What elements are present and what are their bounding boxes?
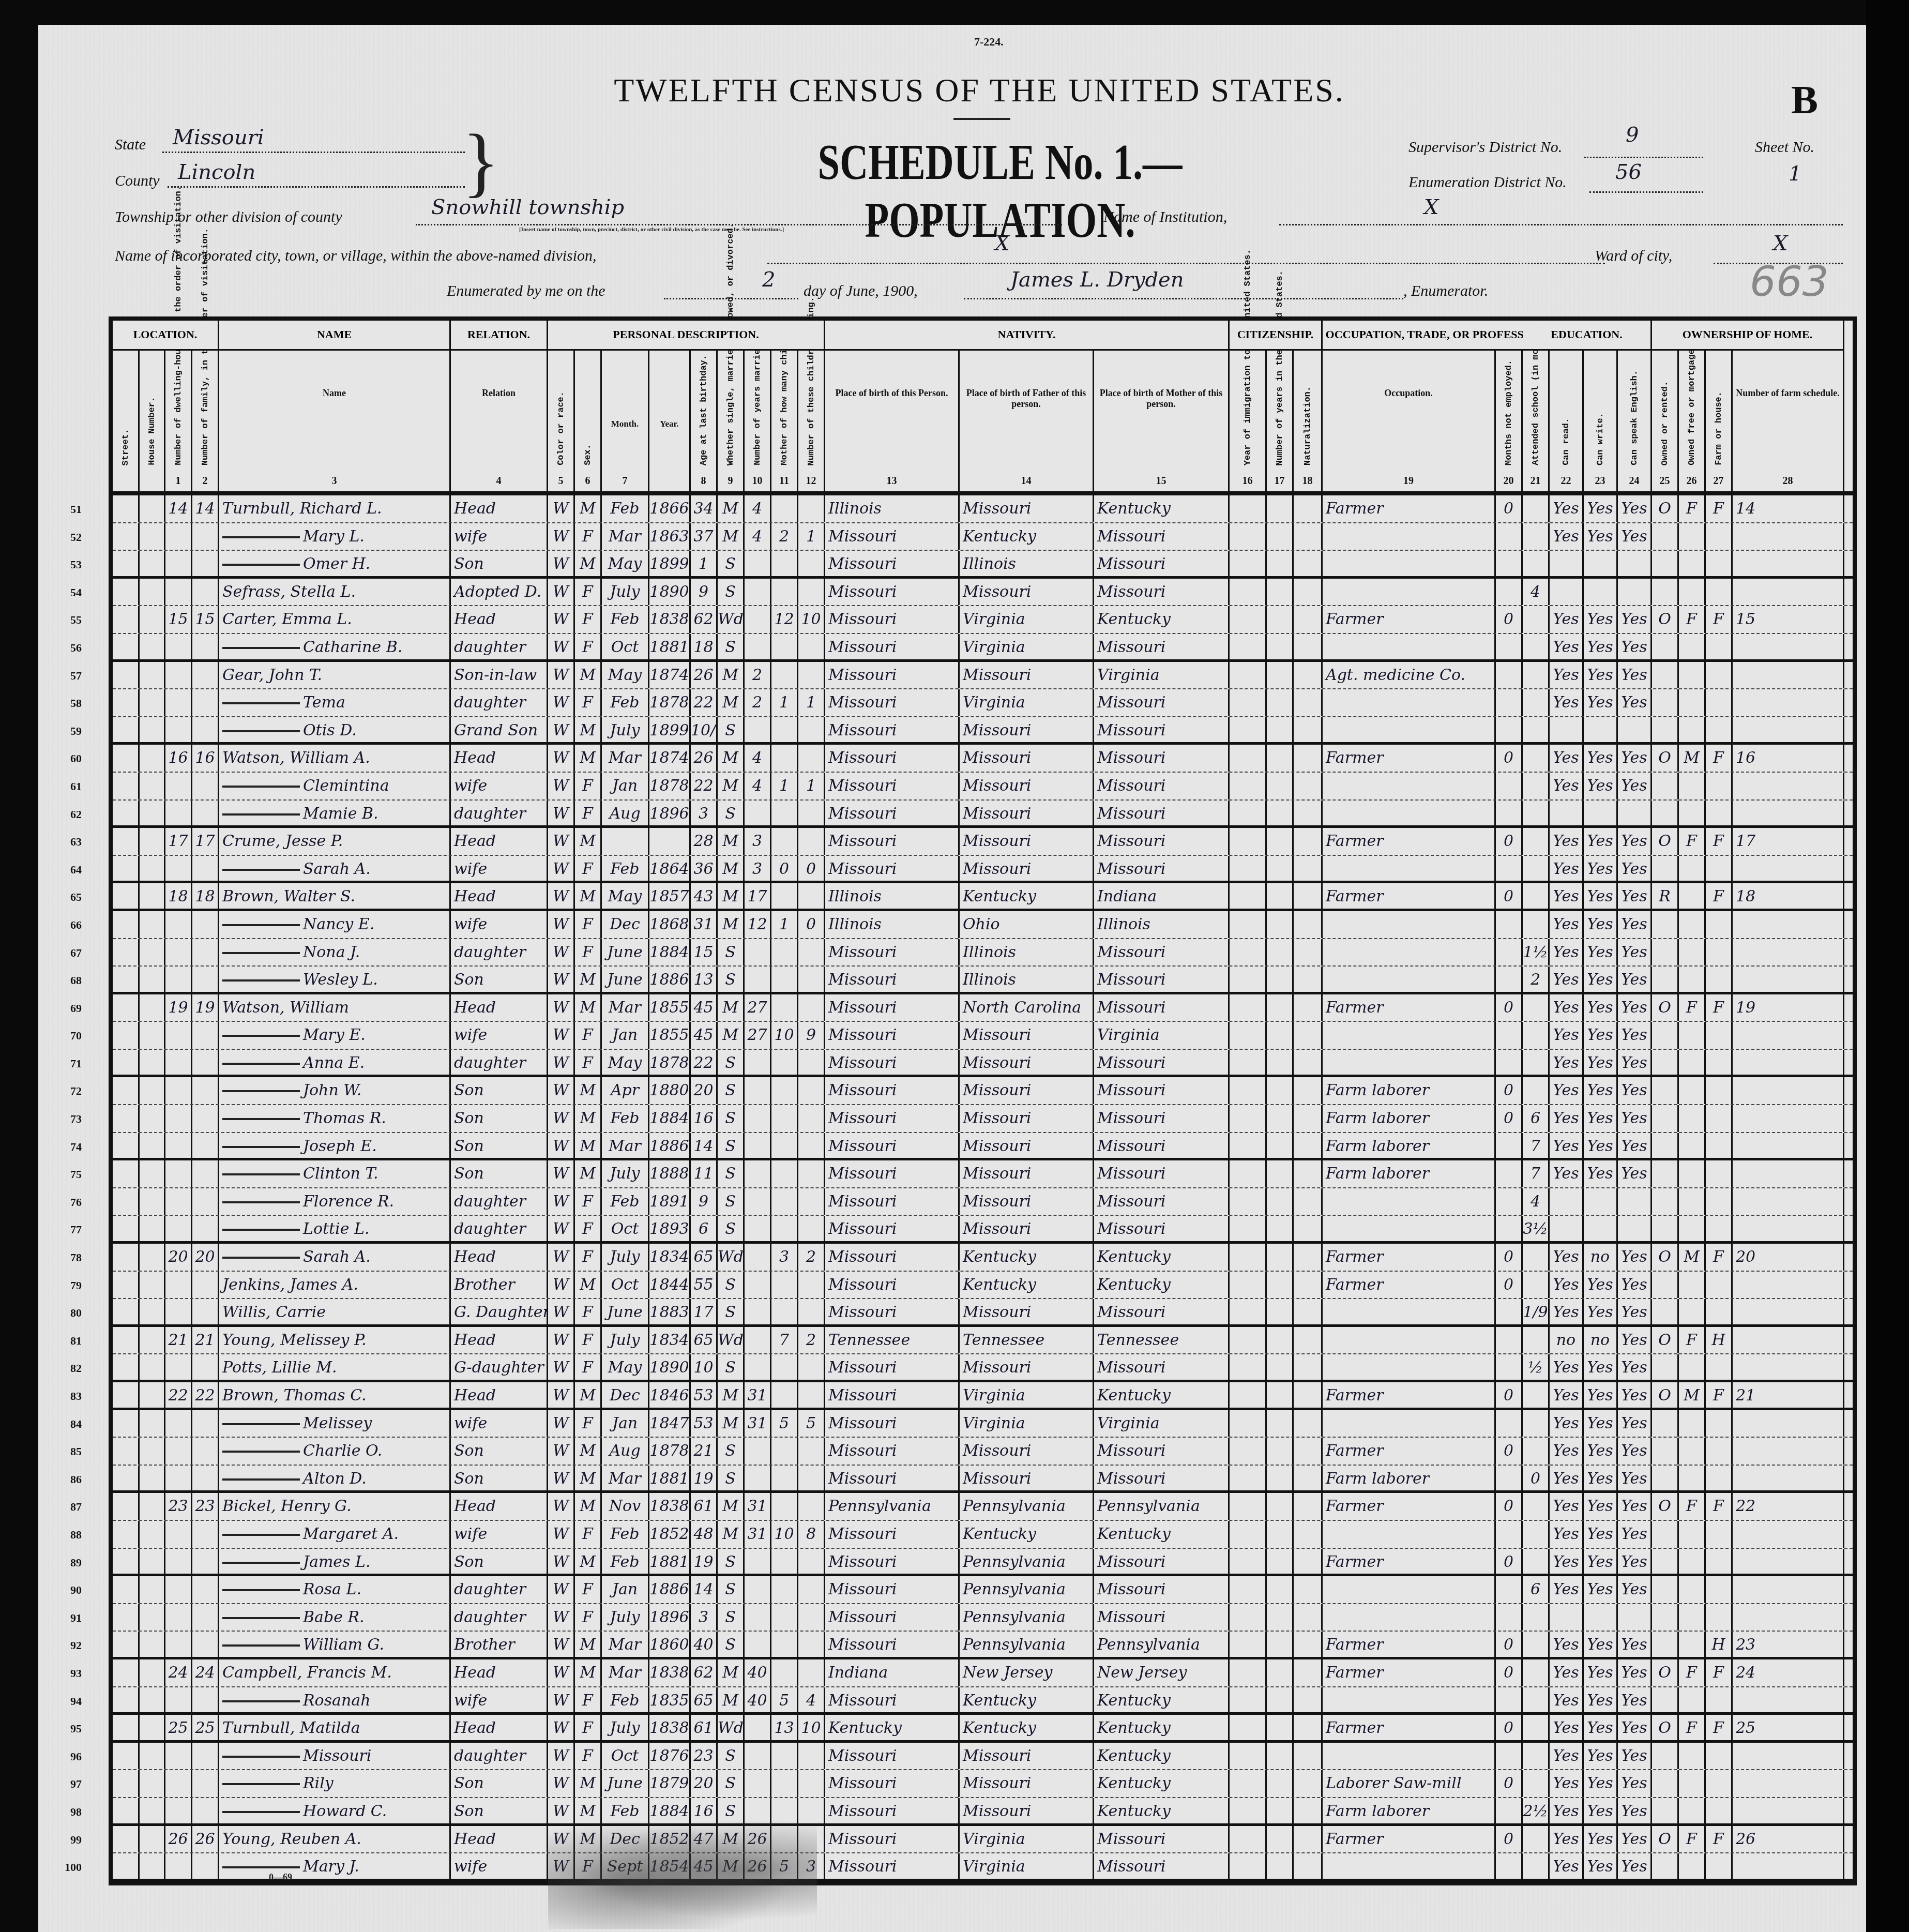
cell-sched: 24 xyxy=(1733,1659,1844,1686)
line-number: 74 xyxy=(51,1140,82,1154)
cell-imm xyxy=(1230,1798,1267,1823)
cell-liv: 4 xyxy=(798,1687,825,1713)
cell-nat xyxy=(1294,745,1323,772)
cell-color: W xyxy=(548,1050,575,1075)
cell-imm xyxy=(1230,1133,1267,1158)
cell-unemp: 0 xyxy=(1496,1382,1523,1408)
cell-eng xyxy=(1618,579,1652,606)
surname: Potts, xyxy=(222,1359,272,1377)
cell-occ xyxy=(1323,1521,1496,1548)
cell-street xyxy=(113,883,140,909)
cell-yrs: 2 xyxy=(745,662,771,689)
cell-month: July xyxy=(602,579,649,606)
cell-mpob: Missouri xyxy=(1094,1188,1230,1215)
cell-sched: 19 xyxy=(1733,994,1844,1021)
cell-month: June xyxy=(602,939,649,966)
cell-farm xyxy=(1706,967,1733,992)
cell-yrs: 2 xyxy=(745,689,771,716)
cell-fpob: Pennsylvania xyxy=(960,1632,1094,1657)
cell-mom: 10 xyxy=(771,1022,798,1049)
table-header: Street.House Number.Number of dwelling-h… xyxy=(113,321,1853,495)
table-row: 82Potts, Lillie M.G-daughterWFMay189010S… xyxy=(113,1354,1853,1382)
name-cell: Melissey xyxy=(219,1410,451,1437)
cell-street xyxy=(113,1604,140,1631)
column-label: Number of years married. xyxy=(752,339,762,465)
cell-eng xyxy=(1618,1604,1652,1631)
cell-liv xyxy=(798,939,825,966)
cell-sex: F xyxy=(575,1410,602,1437)
cell-occ xyxy=(1323,551,1496,576)
cell-nat xyxy=(1294,1549,1323,1574)
cell-nat xyxy=(1294,1438,1323,1465)
cell-read: Yes xyxy=(1550,745,1584,772)
cell-nat xyxy=(1294,606,1323,633)
cell-sex: F xyxy=(575,634,602,659)
cell-free xyxy=(1679,1133,1706,1158)
ditto-dash xyxy=(222,1866,300,1868)
given-name: John W. xyxy=(303,1081,361,1099)
cell-mom xyxy=(771,745,798,772)
cell-imm xyxy=(1230,1576,1267,1603)
table-row: 832222Brown, Thomas C.HeadWMDec184653M31… xyxy=(113,1382,1853,1410)
cell-imm xyxy=(1230,1687,1267,1713)
enumerated-label: Enumerated by me on the xyxy=(447,282,605,300)
cell-month: Dec xyxy=(602,1382,649,1408)
ditto-dash xyxy=(222,1229,300,1231)
ditto-dash xyxy=(222,1644,300,1647)
cell-sched xyxy=(1733,662,1844,689)
cell-fam xyxy=(192,1687,219,1713)
table-row: 992626Young, Reuben A.HeadWMDec185247M26… xyxy=(113,1826,1853,1854)
cell-occ xyxy=(1323,579,1496,606)
cell-sch xyxy=(1523,1022,1550,1049)
cell-year: 1857 xyxy=(649,883,691,909)
cell-house xyxy=(140,1410,165,1437)
cell-ms: M xyxy=(718,828,745,855)
cell-pob: Pennsylvania xyxy=(825,1493,960,1520)
cell-nat xyxy=(1294,551,1323,576)
cell-eng: Yes xyxy=(1618,1382,1652,1408)
line-number: 98 xyxy=(51,1805,82,1819)
cell-write: Yes xyxy=(1584,994,1618,1021)
cell-pob: Missouri xyxy=(825,606,960,633)
cell-pob: Illinois xyxy=(825,883,960,909)
cell-age: 22 xyxy=(691,689,718,716)
name-cell: Charlie O. xyxy=(219,1438,451,1465)
cell-pob: Missouri xyxy=(825,717,960,743)
cell-sched xyxy=(1733,634,1844,659)
cell-yrs xyxy=(745,801,771,826)
cell-age: 43 xyxy=(691,883,718,909)
cell-fam: 21 xyxy=(192,1327,219,1354)
cell-free xyxy=(1679,801,1706,826)
enumeration-label: Enumeration District No. xyxy=(1408,174,1567,191)
cell-fpob: Missouri xyxy=(960,1188,1094,1215)
cell-write: Yes xyxy=(1584,689,1618,716)
cell-yus xyxy=(1267,634,1294,659)
cell-unemp: 0 xyxy=(1496,1826,1523,1853)
line-number: 86 xyxy=(51,1473,82,1486)
table-row: 691919Watson, WilliamHeadWMMar185545M27M… xyxy=(113,994,1853,1022)
cell-imm xyxy=(1230,1022,1267,1049)
line-number: 96 xyxy=(51,1750,82,1763)
cell-eng: Yes xyxy=(1618,1715,1652,1740)
cell-color: W xyxy=(548,1105,575,1132)
cell-fpob: Illinois xyxy=(960,551,1094,576)
cell-imm xyxy=(1230,828,1267,855)
cell-liv xyxy=(798,579,825,606)
cell-read xyxy=(1550,579,1584,606)
table-row: 73Thomas R.SonWMFeb188416SMissouriMissou… xyxy=(113,1105,1853,1133)
given-name: Joseph E. xyxy=(303,1137,377,1155)
table-row: 94RosanahwifeWFFeb183565M4054MissouriKen… xyxy=(113,1687,1853,1715)
cell-mpob: Missouri xyxy=(1094,551,1230,576)
cell-read: Yes xyxy=(1550,523,1584,550)
cell-sch xyxy=(1523,662,1550,689)
cell-free xyxy=(1679,634,1706,659)
cell-farm xyxy=(1706,1798,1733,1823)
cell-unemp xyxy=(1496,1410,1523,1437)
cell-read: Yes xyxy=(1550,1549,1584,1574)
given-name: William G. xyxy=(303,1636,384,1654)
cell-rel: Head xyxy=(451,1715,548,1740)
cell-yus xyxy=(1267,689,1294,716)
cell-own xyxy=(1652,634,1679,659)
cell-house xyxy=(140,1770,165,1797)
cell-pob: Missouri xyxy=(825,1077,960,1104)
given-name: Mamie B. xyxy=(303,805,378,823)
given-name: Matilda xyxy=(300,1719,360,1737)
cell-dw xyxy=(165,1160,192,1187)
cell-eng: Yes xyxy=(1618,883,1652,909)
cell-pob: Missouri xyxy=(825,1105,960,1132)
cell-yus xyxy=(1267,1438,1294,1465)
cell-yrs: 27 xyxy=(745,1022,771,1049)
cell-occ: Farmer xyxy=(1323,1382,1496,1408)
given-name: Mary E. xyxy=(303,1026,366,1044)
cell-unemp xyxy=(1496,1604,1523,1631)
cell-occ: Farmer xyxy=(1323,1632,1496,1657)
cell-mom xyxy=(771,1382,798,1408)
cell-mom xyxy=(771,1576,798,1603)
cell-fam xyxy=(192,1576,219,1603)
cell-yus xyxy=(1267,1493,1294,1520)
cell-own xyxy=(1652,1576,1679,1603)
surname: Bickel, xyxy=(222,1497,281,1515)
cell-own xyxy=(1652,579,1679,606)
cell-rel: Son xyxy=(451,1077,548,1104)
surname: Brown, xyxy=(222,887,284,905)
cell-sch: 1½ xyxy=(1523,939,1550,966)
cell-pob: Missouri xyxy=(825,1521,960,1548)
cell-imm xyxy=(1230,1715,1267,1740)
cell-street xyxy=(113,1133,140,1158)
cell-sex: F xyxy=(575,1576,602,1603)
cell-yrs xyxy=(745,1272,771,1299)
cell-read: Yes xyxy=(1550,1133,1584,1158)
cell-street xyxy=(113,1160,140,1187)
cell-free xyxy=(1679,1188,1706,1215)
cell-ms: M xyxy=(718,662,745,689)
cell-read: Yes xyxy=(1550,689,1584,716)
column-number: 3 xyxy=(219,475,449,487)
cell-free: M xyxy=(1679,1382,1706,1408)
cell-read: Yes xyxy=(1550,1438,1584,1465)
cell-own xyxy=(1652,1077,1679,1104)
cell-street xyxy=(113,662,140,689)
cell-street xyxy=(113,689,140,716)
cell-dw xyxy=(165,1853,192,1879)
cell-age: 1 xyxy=(691,551,718,576)
cell-mom xyxy=(771,801,798,826)
cell-year: 1890 xyxy=(649,579,691,606)
table-row: 631717Crume, Jesse P.HeadWM28M3MissouriM… xyxy=(113,828,1853,856)
name-cell: James L. xyxy=(219,1549,451,1574)
group-header-citizenship: CITIZENSHIP. xyxy=(1230,321,1323,351)
cell-sex: F xyxy=(575,1188,602,1215)
cell-mom xyxy=(771,1549,798,1574)
table-row: 66Nancy E.wifeWFDec186831M1210IllinoisOh… xyxy=(113,911,1853,939)
cell-occ: Farmer xyxy=(1323,495,1496,522)
enumerated-day: 2 xyxy=(762,268,775,292)
cell-occ xyxy=(1323,967,1496,992)
cell-write: Yes xyxy=(1584,1576,1618,1603)
cell-yus xyxy=(1267,1244,1294,1271)
column-number: 19 xyxy=(1323,475,1494,487)
line-number: 83 xyxy=(51,1390,82,1403)
cell-age: 61 xyxy=(691,1715,718,1740)
cell-rel: Son xyxy=(451,1770,548,1797)
cell-unemp xyxy=(1496,1466,1523,1491)
cell-own xyxy=(1652,1160,1679,1187)
column-label: Relation xyxy=(454,388,543,399)
cell-fpob: Missouri xyxy=(960,801,1094,826)
cell-own: O xyxy=(1652,828,1679,855)
cell-age: 22 xyxy=(691,773,718,799)
line-number: 55 xyxy=(51,613,82,627)
ditto-dash xyxy=(222,1534,300,1536)
cell-sex: M xyxy=(575,662,602,689)
table-row: 782020Sarah A.HeadWFJuly183465Wd32Missou… xyxy=(113,1244,1853,1272)
column-number: 22 xyxy=(1550,475,1582,487)
cell-fam xyxy=(192,967,219,992)
cell-month: Dec xyxy=(602,911,649,938)
cell-sched xyxy=(1733,967,1844,992)
cell-free: F xyxy=(1679,1715,1706,1740)
cell-own xyxy=(1652,1410,1679,1437)
name-cell: Mary E. xyxy=(219,1022,451,1049)
cell-mpob: Missouri xyxy=(1094,1826,1230,1853)
cell-ms: S xyxy=(718,967,745,992)
cell-mom xyxy=(771,1493,798,1520)
cell-imm xyxy=(1230,1354,1267,1380)
cell-sched xyxy=(1733,1687,1844,1713)
cell-ms: Wd xyxy=(718,1327,745,1354)
cell-write: Yes xyxy=(1584,1770,1618,1797)
cell-imm xyxy=(1230,1077,1267,1104)
cell-color: W xyxy=(548,1410,575,1437)
scan-edge xyxy=(1866,0,1909,1932)
name-cell: Brown, Walter S. xyxy=(219,883,451,909)
cell-fam: 25 xyxy=(192,1715,219,1740)
cell-free xyxy=(1679,1216,1706,1241)
cell-house xyxy=(140,1715,165,1740)
cell-ms: S xyxy=(718,1549,745,1574)
name-cell: Tema xyxy=(219,689,451,716)
cell-yus xyxy=(1267,1354,1294,1380)
cell-unemp xyxy=(1496,1050,1523,1075)
surname: Young, xyxy=(222,1830,280,1848)
cell-own xyxy=(1652,1853,1679,1879)
name-cell: Florence R. xyxy=(219,1188,451,1215)
cell-color: W xyxy=(548,606,575,633)
cell-fpob: Missouri xyxy=(960,856,1094,881)
cell-year: 1852 xyxy=(649,1521,691,1548)
cell-read: Yes xyxy=(1550,1632,1584,1657)
cell-imm xyxy=(1230,1604,1267,1631)
cell-sched xyxy=(1733,1743,1844,1770)
cell-color: W xyxy=(548,634,575,659)
cell-farm: F xyxy=(1706,1826,1733,1853)
cell-unemp xyxy=(1496,1521,1523,1548)
cell-year: 1847 xyxy=(649,1410,691,1437)
supervisor-value: 9 xyxy=(1626,123,1639,147)
given-name: Melissey xyxy=(303,1414,372,1432)
cell-color: W xyxy=(548,883,575,909)
cell-rel: G. Daughter xyxy=(451,1299,548,1324)
cell-read: Yes xyxy=(1550,773,1584,799)
cell-farm xyxy=(1706,1354,1733,1380)
cell-eng: Yes xyxy=(1618,967,1652,992)
cell-ms: S xyxy=(718,551,745,576)
column-label: Month. xyxy=(611,419,639,429)
cell-age: 31 xyxy=(691,911,718,938)
line-number: 87 xyxy=(51,1500,82,1514)
line-number: 60 xyxy=(51,752,82,765)
cell-occ xyxy=(1323,801,1496,826)
ditto-dash xyxy=(222,702,300,704)
cell-imm xyxy=(1230,523,1267,550)
cell-house xyxy=(140,994,165,1021)
cell-own xyxy=(1652,523,1679,550)
cell-rel: Son xyxy=(451,1438,548,1465)
cell-mpob: Missouri xyxy=(1094,967,1230,992)
cell-pob: Missouri xyxy=(825,1272,960,1299)
cell-own xyxy=(1652,1798,1679,1823)
cell-house xyxy=(140,551,165,576)
cell-nat xyxy=(1294,579,1323,606)
cell-farm: F xyxy=(1706,606,1733,633)
cell-occ xyxy=(1323,1853,1496,1879)
cell-street xyxy=(113,801,140,826)
cell-year: 1890 xyxy=(649,1354,691,1380)
cell-farm: F xyxy=(1706,883,1733,909)
cell-occ: Farmer xyxy=(1323,828,1496,855)
cell-rel: Head xyxy=(451,1659,548,1686)
cell-pob: Missouri xyxy=(825,1188,960,1215)
cell-month: Jan xyxy=(602,1022,649,1049)
cell-rel: Head xyxy=(451,1244,548,1271)
line-number: 99 xyxy=(51,1833,82,1847)
cell-mpob: Kentucky xyxy=(1094,495,1230,522)
cell-pob: Missouri xyxy=(825,689,960,716)
surname: Sefrass, xyxy=(222,583,291,601)
given-name: Melissey P. xyxy=(280,1331,366,1349)
cell-sex: F xyxy=(575,1216,602,1241)
cell-fam: 17 xyxy=(192,828,219,855)
cell-liv xyxy=(798,1188,825,1215)
cell-unemp xyxy=(1496,717,1523,743)
cell-nat xyxy=(1294,1798,1323,1823)
cell-month: Jan xyxy=(602,1576,649,1603)
name-cell: Gear, John T. xyxy=(219,662,451,689)
cell-eng: Yes xyxy=(1618,994,1652,1021)
name-cell: Babe R. xyxy=(219,1604,451,1631)
cell-color: W xyxy=(548,523,575,550)
cell-ms: Wd xyxy=(718,1244,745,1271)
cell-occ xyxy=(1323,939,1496,966)
cell-year: 1835 xyxy=(649,1687,691,1713)
given-name: Sarah A. xyxy=(303,1248,371,1266)
cell-rel: wife xyxy=(451,911,548,938)
cell-color: W xyxy=(548,1576,575,1603)
cell-sched xyxy=(1733,717,1844,743)
line-number: 68 xyxy=(51,974,82,987)
cell-pob: Missouri xyxy=(825,1354,960,1380)
cell-sched xyxy=(1733,1105,1844,1132)
cell-mpob: Virginia xyxy=(1094,1022,1230,1049)
cell-sched xyxy=(1733,1188,1844,1215)
name-cell: Crume, Jesse P. xyxy=(219,828,451,855)
cell-fam: 15 xyxy=(192,606,219,633)
given-name: Anna E. xyxy=(303,1054,365,1072)
cell-imm xyxy=(1230,1466,1267,1491)
cell-imm xyxy=(1230,967,1267,992)
cell-rel: wife xyxy=(451,773,548,799)
cell-year: 1855 xyxy=(649,1022,691,1049)
cell-pob: Missouri xyxy=(825,1133,960,1158)
cell-pob: Missouri xyxy=(825,1022,960,1049)
cell-street xyxy=(113,579,140,606)
cell-fam xyxy=(192,1160,219,1187)
cell-liv xyxy=(798,634,825,659)
cell-ms: S xyxy=(718,1770,745,1797)
cell-month: Feb xyxy=(602,1188,649,1215)
column-label: Place of birth of Father of this person. xyxy=(963,388,1089,410)
ditto-dash xyxy=(222,1562,300,1564)
cell-occ: Agt. medicine Co. xyxy=(1323,662,1496,689)
table-row: 67Nona J.daughterWFJune188415SMissouriIl… xyxy=(113,939,1853,967)
cell-write: Yes xyxy=(1584,1105,1618,1132)
cell-yus xyxy=(1267,1327,1294,1354)
cell-farm xyxy=(1706,1299,1733,1324)
cell-nat xyxy=(1294,1327,1323,1354)
group-header-ownership: OWNERSHIP OF HOME. xyxy=(1652,321,1844,351)
table-body: 511414Turnbull, Richard L.HeadWMFeb18663… xyxy=(113,495,1853,1881)
cell-eng: Yes xyxy=(1618,745,1652,772)
cell-yrs xyxy=(745,717,771,743)
cell-imm xyxy=(1230,579,1267,606)
cell-sex: M xyxy=(575,745,602,772)
cell-unemp: 0 xyxy=(1496,1105,1523,1132)
cell-farm xyxy=(1706,662,1733,689)
cell-read: no xyxy=(1550,1327,1584,1354)
cell-street xyxy=(113,1798,140,1823)
cell-ms: M xyxy=(718,883,745,909)
ditto-dash xyxy=(222,730,300,732)
cell-house xyxy=(140,1549,165,1574)
cell-unemp: 0 xyxy=(1496,1438,1523,1465)
